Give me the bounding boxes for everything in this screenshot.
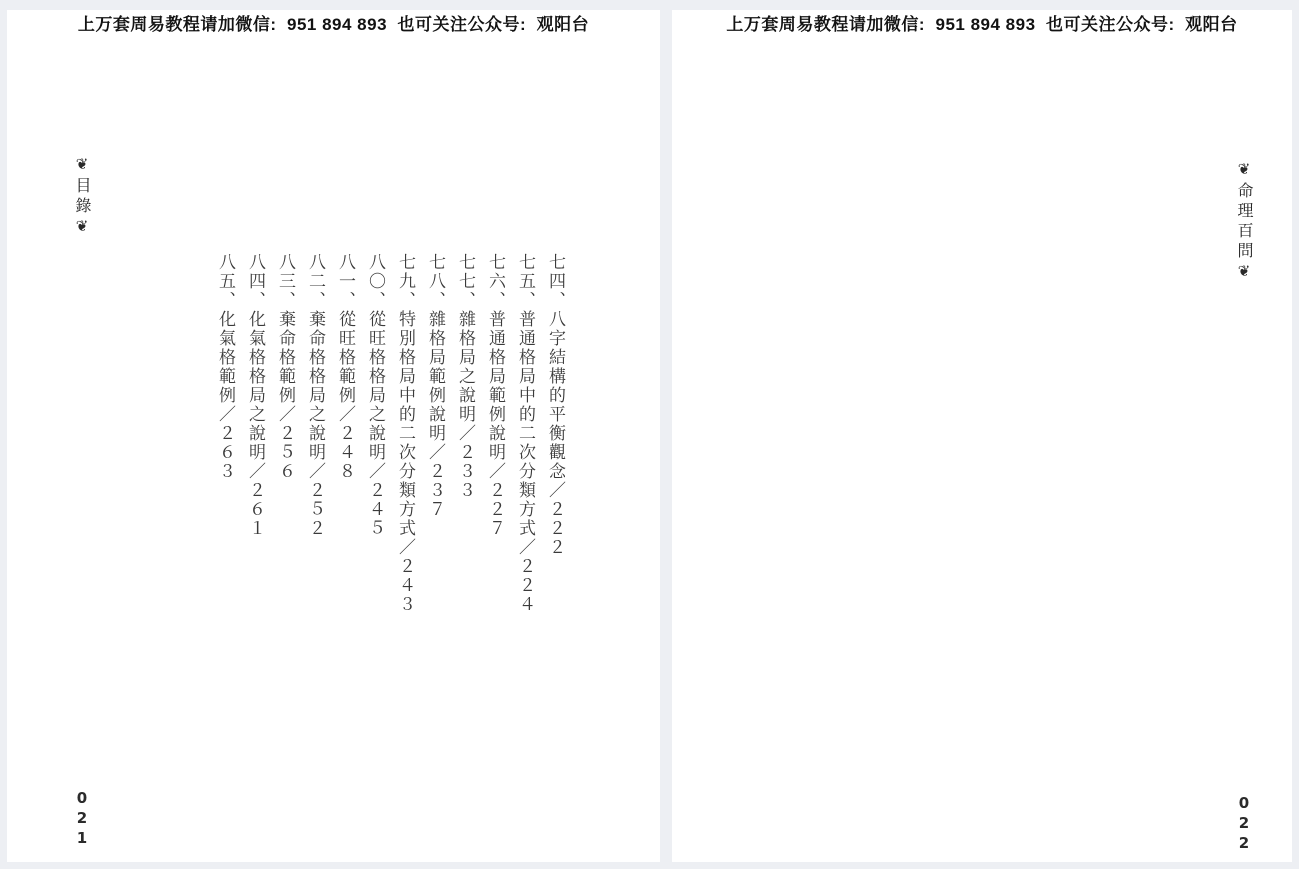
toc-entry: 八二、棄命格格局之說明／２５２ <box>300 253 330 673</box>
floral-ornament-icon: ❦ <box>1235 262 1253 284</box>
toc-entry: 八一、從旺格範例／２４８ <box>330 253 360 673</box>
floral-ornament-icon: ❦ <box>73 217 91 239</box>
toc-entry: 七五、普通格局中的二次分類方式／２２４ <box>510 253 540 673</box>
folio-right: 022 <box>1235 794 1253 854</box>
page-right: 上万套周易教程请加微信: 951 894 893 也可关注公众号: 观阳台 ❦命… <box>672 10 1292 862</box>
toc-list: 七四、八字結構的平衡觀念／２２２ 七五、普通格局中的二次分類方式／２２４ 七六、… <box>210 253 570 673</box>
spine-label-left-text: 目錄 <box>73 177 92 217</box>
spine-label-right-text: 命理百問 <box>1235 182 1254 262</box>
book-scan-spread: 上万套周易教程请加微信: 951 894 893 也可关注公众号: 观阳台 ❦目… <box>0 0 1299 869</box>
toc-entry: 八五、化氣格範例／２６３ <box>210 253 240 673</box>
toc-entry: 八三、棄命格範例／２５６ <box>270 253 300 673</box>
spine-label-left: ❦目錄❦ <box>71 155 94 239</box>
toc-entry: 七六、普通格局範例說明／２２７ <box>480 253 510 673</box>
toc-entry: 七七、雜格局之說明／２３３ <box>450 253 480 673</box>
toc-entry: 七四、八字結構的平衡觀念／２２２ <box>540 253 570 673</box>
floral-ornament-icon: ❦ <box>73 155 91 177</box>
toc-entry: 七九、特別格局中的二次分類方式／２４３ <box>390 253 420 673</box>
promo-header-right: 上万套周易教程请加微信: 951 894 893 也可关注公众号: 观阳台 <box>672 12 1292 38</box>
page-left: 上万套周易教程请加微信: 951 894 893 也可关注公众号: 观阳台 ❦目… <box>7 10 660 862</box>
toc-entry: 七八、雜格局範例說明／２３７ <box>420 253 450 673</box>
promo-header-left: 上万套周易教程请加微信: 951 894 893 也可关注公众号: 观阳台 <box>7 12 660 38</box>
folio-left: 021 <box>73 789 91 849</box>
toc-entry: 八〇、從旺格格局之說明／２４５ <box>360 253 390 673</box>
floral-ornament-icon: ❦ <box>1235 160 1253 182</box>
toc-entry: 八四、化氣格格局之說明／２６１ <box>240 253 270 673</box>
spine-label-right: ❦命理百問❦ <box>1233 160 1256 284</box>
